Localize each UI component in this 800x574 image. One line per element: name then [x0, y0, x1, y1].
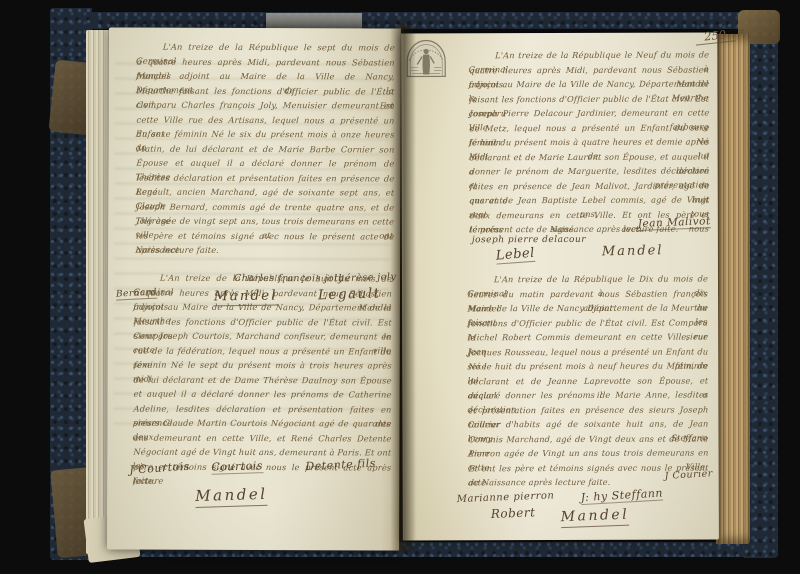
signature: Marianne pierron — [457, 490, 555, 505]
signature: Detente fils — [305, 457, 376, 473]
manuscript-line: du sexe féminin Né le six du présent moi… — [136, 127, 395, 142]
manuscript-line: L'An treize de la République le Dix du m… — [468, 271, 709, 286]
manuscript-line: ans demeurant en cette Ville, et René Ch… — [133, 430, 392, 445]
manuscript-line: adjoint au Maire de la Ville de Nancy, D… — [134, 300, 393, 315]
manuscript-line: fonctions d'Officier public de l'État ci… — [468, 315, 709, 330]
manuscript-line: de Metz, lequel nous a présenté un Enfan… — [469, 120, 710, 135]
right-fore-edge-stack — [716, 34, 750, 544]
right-page: 250 L'An treize de la République le Neuf… — [401, 32, 719, 540]
manuscript-line: après lecture faite. — [136, 243, 395, 258]
figure-in-arch-revenue-stamp-icon — [404, 37, 448, 79]
manuscript-line: L'An treize de la République le sept du … — [136, 40, 395, 55]
manuscript-line: Épouse et auquel il a déclaré donner le … — [136, 156, 395, 171]
signatures-right-act-1: Jean Malivotjoseph pierre delacourLebelM… — [470, 228, 710, 275]
manuscript-line: Comparu Charles françois Joly, Menuisier… — [136, 98, 395, 113]
manuscript-line: Michel Robert Commis demeurant en cette … — [468, 329, 709, 344]
manuscript-line: et auquel il a déclaré donner les prénom… — [133, 387, 392, 402]
manuscript-line: quatre heures après Midi, pardevant nous… — [469, 62, 710, 77]
signature: Jean Malivot — [638, 215, 711, 231]
manuscript-line: Pierron agée de Vingt un ans tous trois … — [468, 445, 709, 460]
manuscript-line: lesdites déclaration et présentation fai… — [136, 170, 395, 185]
birth-act-right-1: L'An treize de la République le Neuf du … — [469, 47, 710, 236]
manuscript-line: Joseph Pierre Delacour Jardinier, demeur… — [469, 105, 710, 120]
signature: Mandel — [195, 485, 268, 508]
manuscript-line: faisant les fonctions d'Officier public … — [133, 314, 392, 329]
signature: J: hy Steffann — [580, 486, 663, 505]
manuscript-line: déclaré donner les prénoms de Marie Anne… — [468, 387, 709, 402]
signature: Robert — [491, 505, 536, 521]
birth-act-left-1: L'An treize de la République le sept du … — [136, 40, 395, 258]
manuscript-line: le huit du présent mois à quatre heures … — [469, 134, 710, 149]
manuscript-line: L'An treize de la République le Neuf du … — [469, 47, 710, 62]
manuscript-line: Matin, de lui déclarant et de Marie Barb… — [136, 141, 395, 156]
manuscript-line: Joseph Bernard, commis agé de trente qua… — [136, 199, 395, 214]
manuscript-line: Né le huit du présent mois à neuf heures… — [468, 358, 709, 373]
manuscript-line: féminin Né le sept du présent mois à tro… — [133, 358, 392, 373]
photograph-background: L'An treize de la République le sept du … — [0, 0, 800, 574]
manuscript-line: Maire de la Ville de Nancy Département d… — [468, 300, 709, 315]
manuscript-line: les père et témoins signé avec nous le p… — [136, 228, 395, 243]
signature: Mandel — [560, 507, 629, 529]
manuscript-line: à quatre heures après Midi, pardevant no… — [136, 54, 395, 69]
manuscript-line: faisant les fonctions d'Officier public … — [469, 91, 710, 106]
left-page: L'An treize de la République le sept du … — [107, 27, 401, 550]
manuscript-line: et présentation faites en présence des s… — [468, 402, 709, 417]
manuscript-line: rue de la fédération, lequel nous a prés… — [133, 343, 392, 358]
manuscript-line: déclarant et de Jeanne Laprevotte son Ép… — [468, 373, 709, 388]
manuscript-line: L'An treize de la République le huit du … — [134, 271, 393, 286]
manuscript-line: Mandel adjoint au Maire de la Ville de N… — [136, 69, 395, 84]
manuscript-line: tailleur d'habits agé de soixante huit a… — [468, 416, 709, 431]
signature: joseph pierre delacour — [472, 235, 586, 245]
signatures-left-act-2: J CourtoisCourtoisDetente filsMandel — [133, 460, 391, 533]
book-cover-top-edge — [52, 12, 778, 29]
manuscript-line: Adeline, lesdites déclaration et présent… — [133, 401, 392, 416]
manuscript-line: cette Ville rue des Artisans, lequel nou… — [136, 112, 395, 127]
signature: J Courtois — [129, 460, 190, 477]
manuscript-line: ans et de Jean Baptiste Lebel commis, ag… — [469, 192, 710, 207]
manuscript-line: Commis Marchand, agé de Vingt deux ans e… — [468, 431, 709, 446]
manuscript-line: de lui déclarant et de Dame Thérèse Daul… — [133, 372, 392, 387]
manuscript-line: à quatre heures après Midi, pardevant no… — [134, 285, 393, 300]
manuscript-line: donner le prénom de Marguerite, lesdites… — [469, 163, 710, 178]
manuscript-line: Meurthe faisant les fonctions d'Officier… — [136, 83, 395, 98]
manuscript-line: adjoint au Maire de la Ville de Nancy, D… — [469, 76, 710, 91]
manuscript-line: déclarant et de Marie Laurent son Épouse… — [469, 149, 710, 164]
manuscript-line: Joly agée de vingt sept ans, tous trois … — [136, 214, 395, 229]
birth-act-right-2: L'An treize de la République le Dix du m… — [468, 271, 709, 489]
manuscript-line: heures du matin pardevant nous Sébastien… — [468, 286, 709, 301]
signature: Mandel — [602, 243, 664, 259]
manuscript-line: faites en présence de Jean Malivot, Jard… — [469, 178, 710, 193]
manuscript-line: Jacques Rousseau, lequel nous a présenté… — [468, 344, 709, 359]
manuscript-line: sieurs Claude Martin Courtois Négociant … — [133, 416, 392, 431]
signature: Courtois — [211, 459, 263, 475]
manuscript-line: Legault, ancien Marchand, agé de soixant… — [136, 185, 395, 200]
signatures-right-act-2: J CourierMarianne pierronJ: hy SteffannR… — [469, 484, 709, 545]
birth-act-left-2: L'An treize de la République le huit du … — [133, 271, 392, 489]
manuscript-line: sieur Joseph Courtois, Marchand confiseu… — [133, 329, 392, 344]
signature: Lebel — [495, 246, 535, 265]
